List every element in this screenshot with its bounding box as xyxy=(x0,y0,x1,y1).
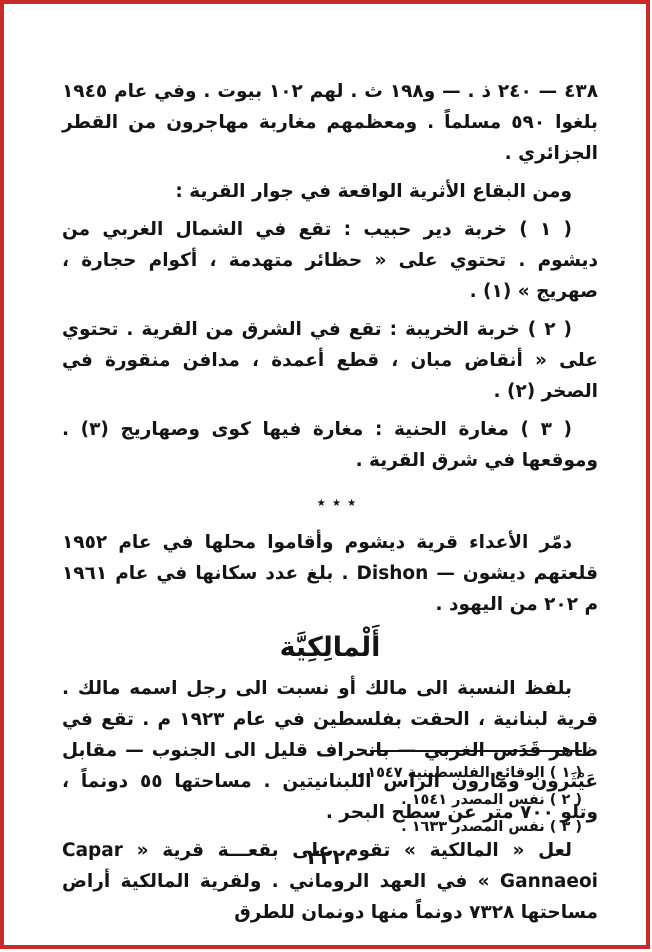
stars-separator: ٭ ٭ ٭ xyxy=(62,488,598,519)
footnote-2: ( ٢ ) نفس المصدر ١٥٤١ . xyxy=(62,787,598,814)
page-number: ٢٢٢ xyxy=(0,845,652,869)
footnotes-list: ( ١ ) الوقائع الفلسطينية ١٥٤٧ .( ٢ ) نفس… xyxy=(62,760,598,841)
footnote-separator-rule xyxy=(370,750,582,752)
site-1-khirbet-deir-habib: ( ١ ) خربة دير حبيب : تقع في الشمال الغر… xyxy=(62,214,598,307)
section-heading-malikiyya: أَلْمالِكِيَّة xyxy=(62,632,598,663)
scanned-book-page: { "page": { "number": "٢٢٢", "border_col… xyxy=(0,0,652,952)
sites-intro: ومن البقاع الأثرية الواقعة في جوار القري… xyxy=(62,176,598,207)
footnotes-block: ( ١ ) الوقائع الفلسطينية ١٥٤٧ .( ٢ ) نفس… xyxy=(62,750,598,841)
stats-continuation: ٤٣٨ — ٢٤٠ ذ . — و١٩٨ ث . لهم ١٠٢ بيوت . … xyxy=(62,76,598,169)
site-3-magharat-al-haniyya: ( ٣ ) مغارة الحنية : مغارة فيها كوى وصها… xyxy=(62,414,598,476)
footnote-1: ( ١ ) الوقائع الفلسطينية ١٥٤٧ . xyxy=(62,760,598,787)
site-2-khirbet-al-khuraybe: ( ٢ ) خربة الخريبة : تقع في الشرق من الق… xyxy=(62,314,598,407)
destruction-note: دمّر الأعداء قرية ديشوم وأقاموا محلها في… xyxy=(62,527,598,620)
footnote-3: ( ٣ ) نفس المصدر ١٦٣٣ . xyxy=(62,814,598,841)
